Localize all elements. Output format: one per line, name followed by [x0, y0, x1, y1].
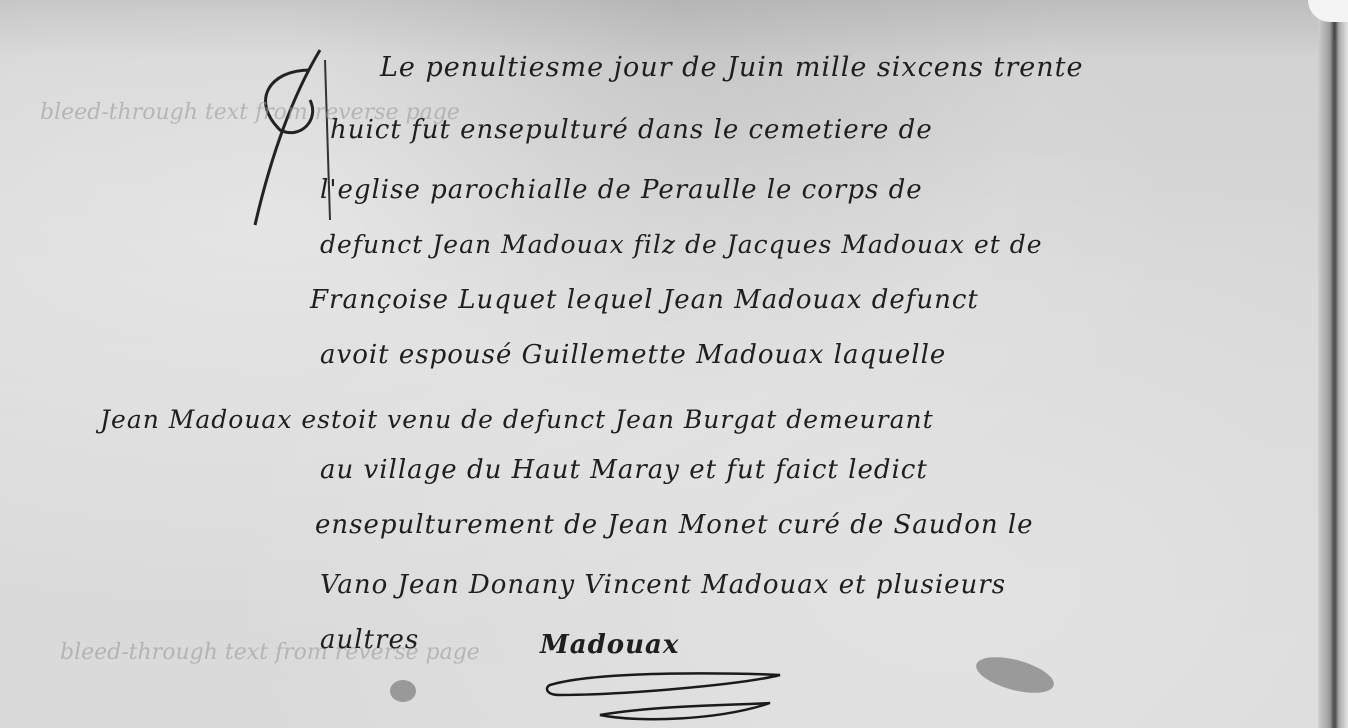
text-line-3: l'eglise parochialle de Peraulle le corp…	[320, 175, 923, 205]
page-binding-edge	[1318, 0, 1348, 728]
text-line-2: huict fut ensepulturé dans le cemetiere …	[330, 115, 933, 145]
signature-flourish-icon	[540, 665, 800, 728]
text-line-10: Vano Jean Donany Vincent Madouax et plus…	[320, 570, 1006, 600]
text-line-5: Françoise Luquet lequel Jean Madouax def…	[310, 285, 979, 315]
signature: Madouax	[540, 630, 679, 660]
text-line-8: au village du Haut Maray et fut faict le…	[320, 455, 928, 485]
text-line-7: Jean Madouax estoit venu de defunct Jean…	[100, 405, 934, 434]
text-line-1: Le penultiesme jour de Juin mille sixcen…	[380, 52, 1084, 83]
ink-blot	[972, 650, 1057, 700]
text-line-4: defunct Jean Madouax filz de Jacques Mad…	[320, 230, 1043, 259]
text-line-6: avoit espousé Guillemette Madouax laquel…	[320, 340, 946, 370]
margin-rule	[1334, 40, 1336, 728]
ink-blot	[390, 680, 416, 702]
page-corner	[1308, 0, 1348, 22]
text-line-11: aultres	[320, 625, 419, 655]
text-line-9: ensepulturement de Jean Monet curé de Sa…	[315, 510, 1034, 540]
register-page: bleed-through text from reverse page ble…	[0, 0, 1348, 728]
